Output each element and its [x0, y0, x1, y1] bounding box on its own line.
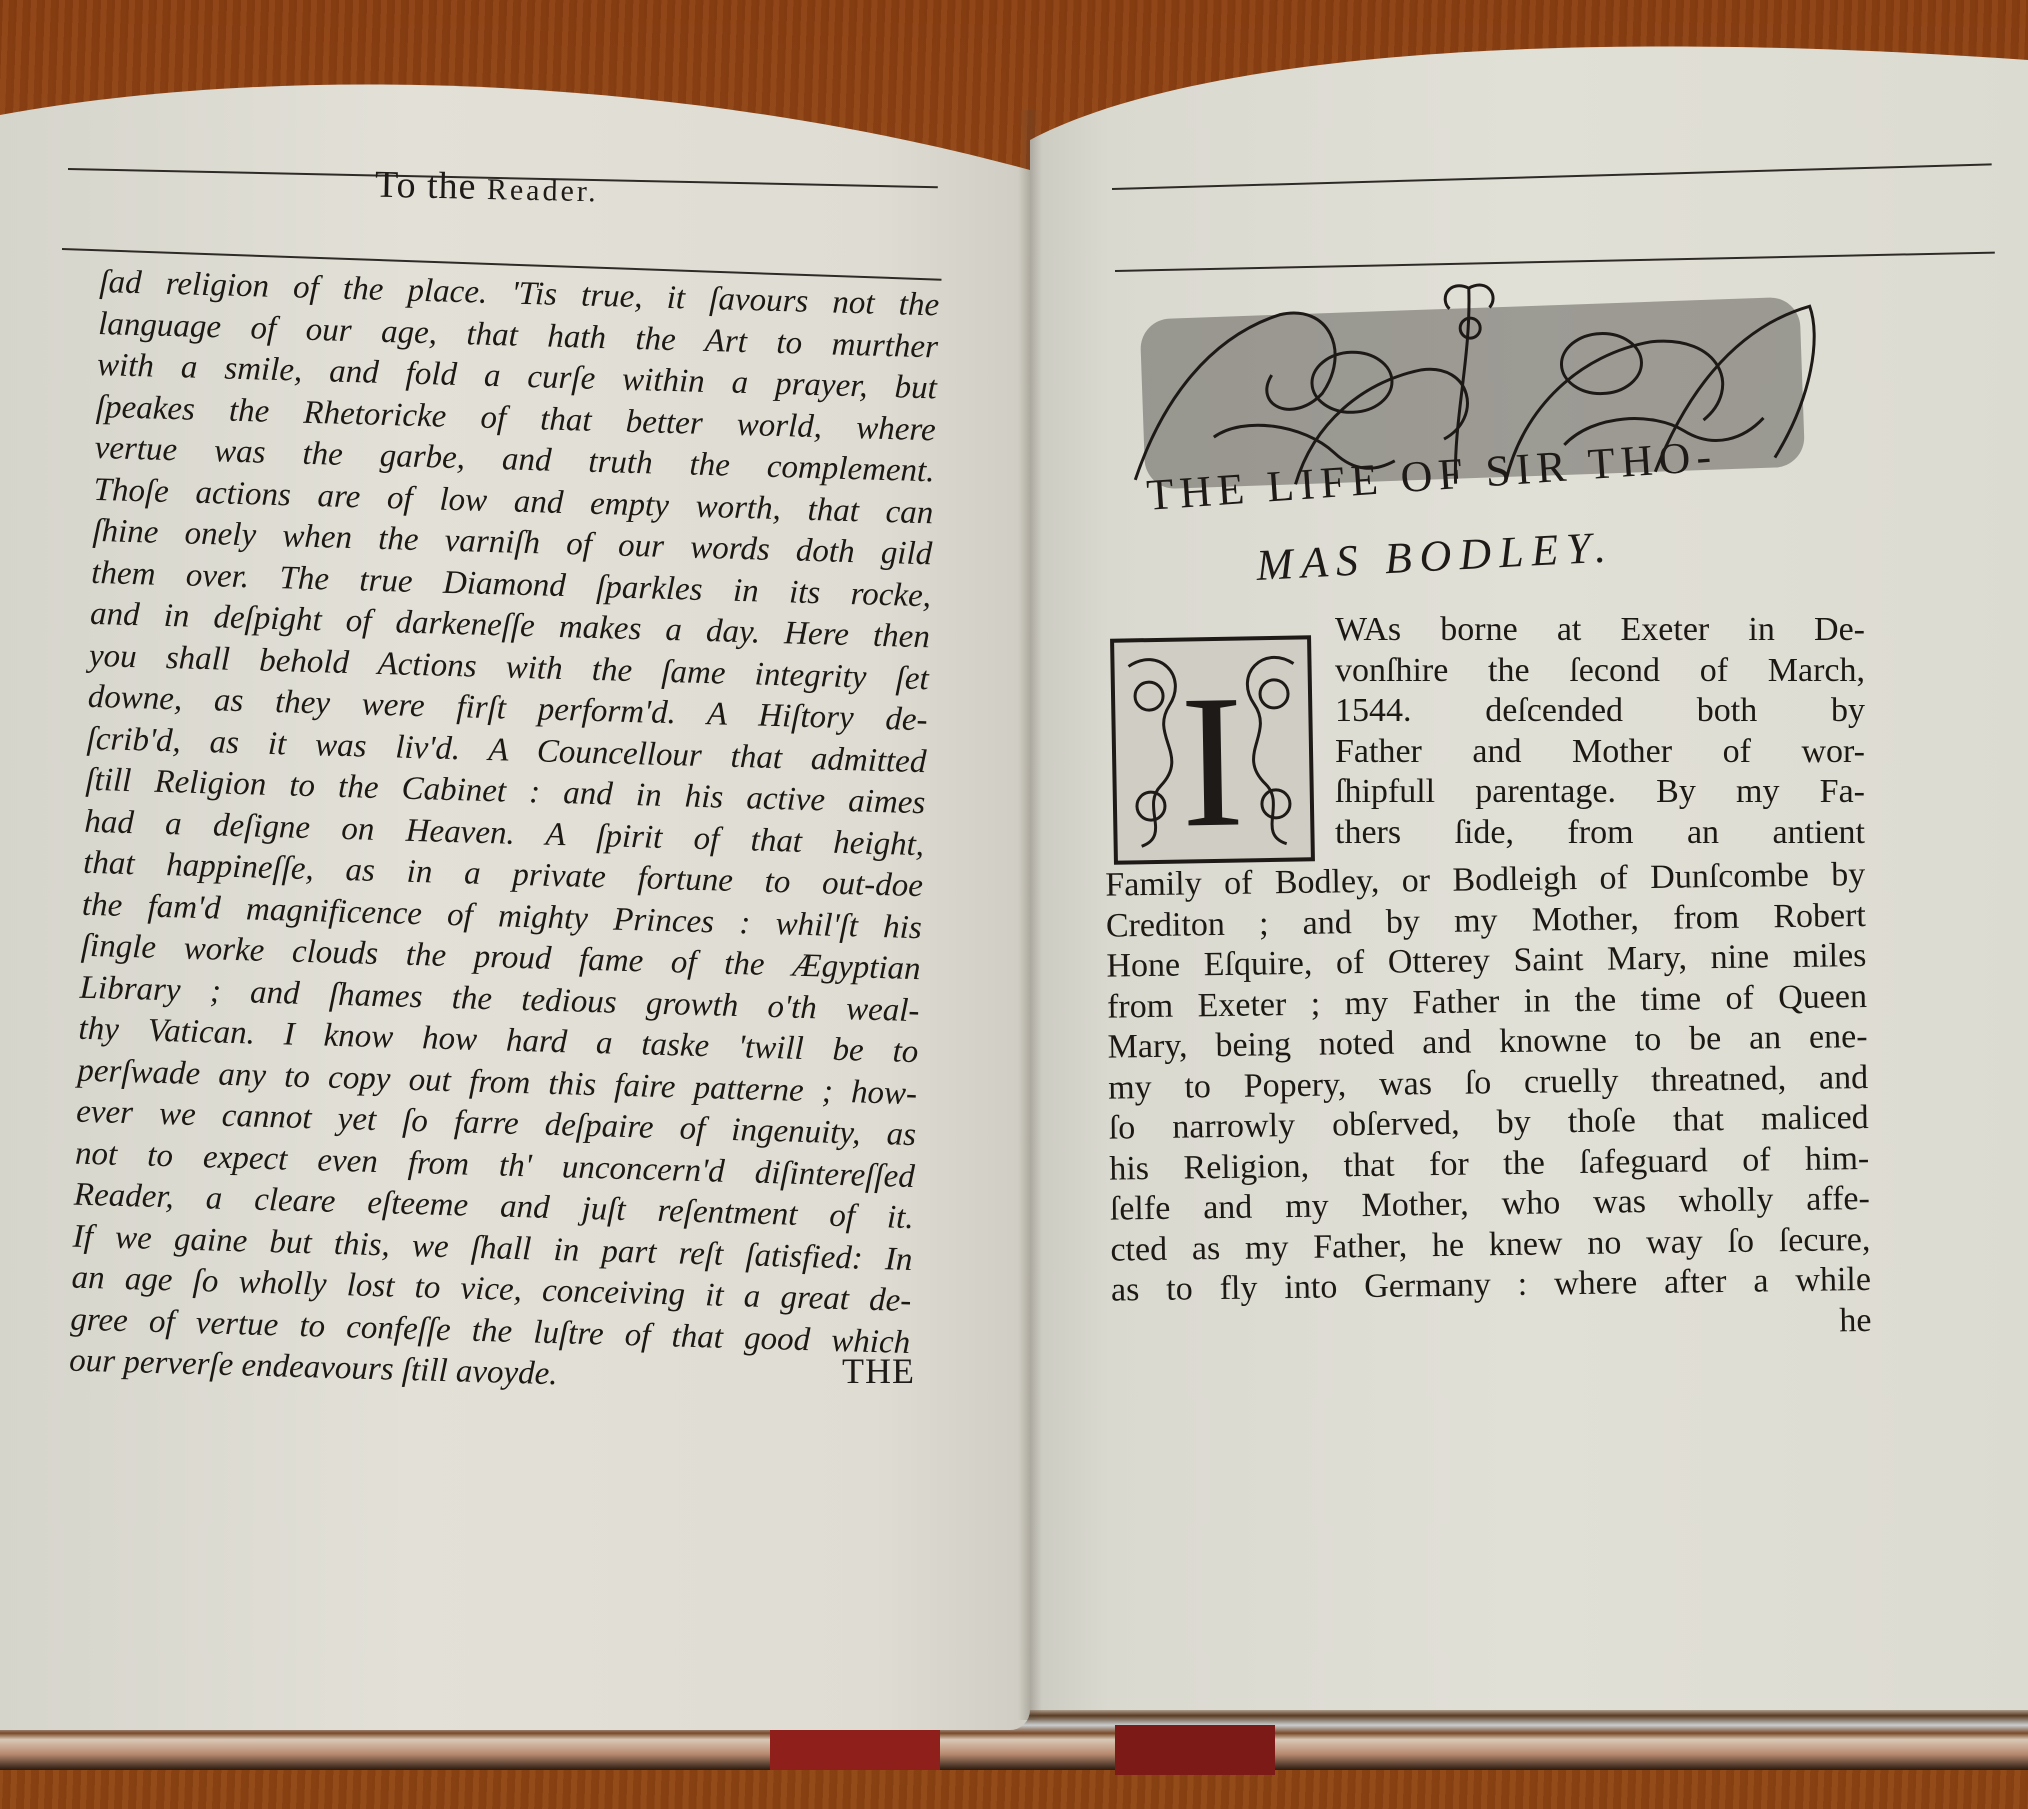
right-page-body: Family of Bodley, or Bodleigh of Dunſcom…: [1105, 855, 1872, 1352]
headband-right: [1115, 1725, 1275, 1775]
book-gutter: [1018, 110, 1042, 1720]
svg-text:I: I: [1179, 656, 1246, 866]
text-line: thers ſide, from an antient: [1335, 813, 1865, 854]
text-line: vonſhire the ſecond of March,: [1335, 651, 1865, 692]
catchword-left: THE: [842, 1350, 915, 1392]
text-line: WAs borne at Exeter in De-: [1335, 610, 1865, 651]
right-page-body-beside-cap: WAs borne at Exeter in De- vonſhire the …: [1335, 610, 1865, 853]
floral-initial-icon: I: [1108, 633, 1317, 867]
running-header-left: To the Reader.: [375, 163, 600, 212]
text-line: 1544. deſcended both by: [1335, 691, 1865, 732]
header-prefix: To the: [375, 164, 488, 208]
text-line: Father and Mother of wor-: [1335, 732, 1865, 773]
left-page-body: ſad religion of the place. 'Tis true, it…: [69, 262, 940, 1406]
header-smallcaps: Reader.: [487, 173, 599, 208]
text-line: ſhipfull parentage. By my Fa-: [1335, 772, 1865, 813]
decorated-drop-cap: I: [1108, 633, 1317, 867]
